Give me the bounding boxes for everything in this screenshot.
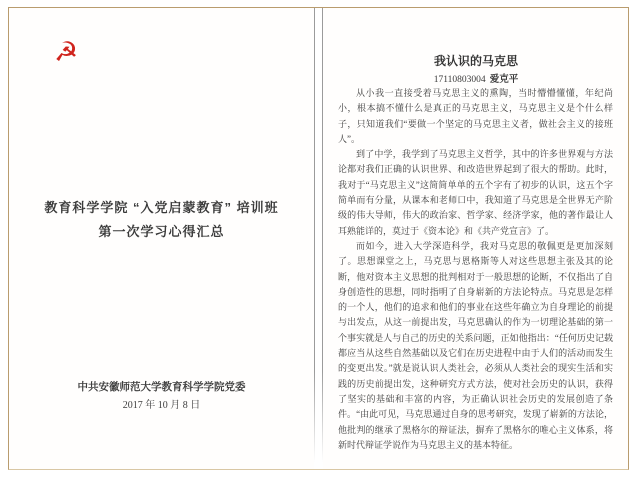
- essay-byline: 17110803004爱克平: [323, 71, 629, 85]
- page-edge-right-divider: [322, 8, 323, 462]
- cover-organization: 中共安徽师范大学教育科学学院党委: [9, 379, 314, 397]
- cover-title-line2: 第一次学习心得汇总: [9, 220, 314, 244]
- essay-title: 我认识的马克思: [323, 52, 629, 69]
- cover-title-line1: 教育科学学院 “入党启蒙教育” 培训班: [9, 196, 314, 220]
- student-id: 17110803004: [434, 75, 486, 85]
- student-name: 爱克平: [490, 75, 519, 85]
- cover-title: 教育科学学院 “入党启蒙教育” 培训班 第一次学习心得汇总: [9, 196, 314, 244]
- essay-paragraph: 到了中学，我学到了马克思主义哲学，其中的许多世界观与方法论都对我们正确的认识世界…: [338, 147, 613, 239]
- cover-date: 2017 年 10 月 8 日: [9, 397, 314, 415]
- essay-paragraph: 而如今，进入大学深造科学，我对马克思的敬佩更是更加深刻了。思想课堂之上，马克思与…: [338, 239, 613, 453]
- essay-page: 我认识的马克思 17110803004爱克平 从小我一直接受着马克思主义的熏陶，…: [323, 8, 629, 470]
- party-emblem-icon: ☭: [54, 38, 78, 68]
- essay-paragraph: 从小我一直接受着马克思主义的熏陶，当时懵懵懂懂，年纪尚小，根本搞不懂什么是真正的…: [338, 86, 613, 147]
- essay-body: 从小我一直接受着马克思主义的熏陶，当时懵懵懂懂，年纪尚小，根本搞不懂什么是真正的…: [338, 86, 613, 453]
- cover-footer: 中共安徽师范大学教育科学学院党委 2017 年 10 月 8 日: [9, 379, 314, 415]
- page-edge-left-divider: [314, 8, 315, 462]
- cover-page: ☭ 教育科学学院 “入党启蒙教育” 培训班 第一次学习心得汇总 中共安徽师范大学…: [9, 8, 314, 470]
